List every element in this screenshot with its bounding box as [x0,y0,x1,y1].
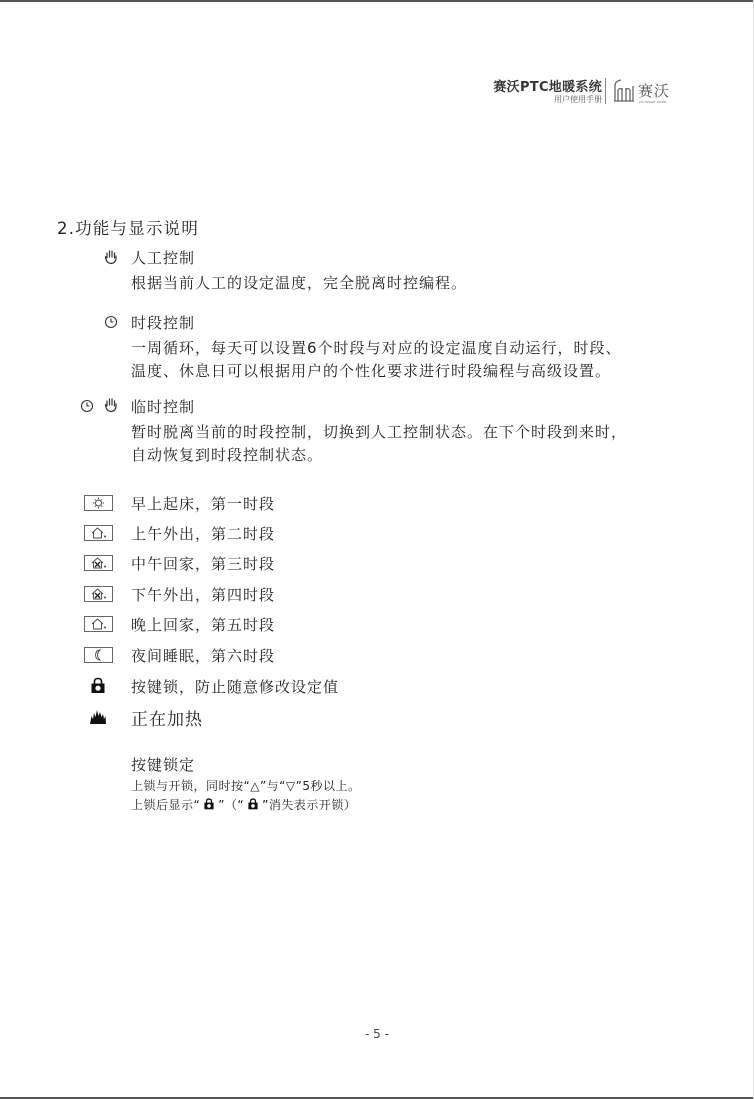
status-label: 按键锁，防止随意修改设定值 [131,676,339,697]
period-label: 下午外出，第四时段 [131,584,275,605]
manual-title: 赛沃PTC地暖系统 [493,76,602,95]
mode-schedule-line: 一周循环，每天可以设置6个时段与对应的设定温度自动运行，时段、 [131,337,622,360]
mode-temporary-line: 自动恢复到时段控制状态。 [131,444,627,467]
mode-temporary-title: 临时控制 [131,396,195,417]
period-row-1: 早上起床，第一时段 [84,493,484,515]
mode-schedule-title: 时段控制 [131,312,195,333]
status-row-heating: 正在加热 [84,706,484,728]
status-row-lock: 按键锁，防止随意修改设定值 [84,676,484,698]
key-lock-note-mid: ”（“ [218,798,244,812]
clock-icon [104,315,118,329]
header-divider [605,78,606,104]
page-header: 赛沃PTC地暖系统 用户使用手册 赛沃 PTC SMART WARM [480,76,690,110]
mode-manual-description: 根据当前人工的设定温度，完全脱离时控编程。 [131,272,467,295]
top-border [0,0,754,2]
period-label: 晚上回家，第五时段 [131,614,275,635]
house-meal-icon [84,586,113,602]
period-label: 早上起床，第一时段 [131,493,275,514]
clock-icon [80,399,94,413]
manual-subtitle: 用户使用手册 [554,94,602,105]
sun-icon [84,495,113,511]
house-leave-icon [84,616,113,632]
house-meal-icon [84,555,113,571]
key-lock-instruction: 上锁与开锁，同时按“△”与“▽”5秒以上。 [131,777,360,794]
key-lock-display-note: 上锁后显示“ ”（“ ”消失表示开锁） [131,796,356,813]
mode-manual-title: 人工控制 [131,247,195,268]
key-lock-note-prefix: 上锁后显示“ [131,798,200,812]
section-title: 2.功能与显示说明 [57,215,199,239]
key-lock-note-suffix: ”消失表示开锁） [262,798,356,812]
house-leave-icon [84,525,113,541]
period-label: 上午外出，第二时段 [131,523,275,544]
lock-icon [203,798,215,810]
logo-wordmark: 赛沃 [638,80,670,101]
logo-tagline: PTC SMART WARM [639,100,666,104]
period-row-6: 夜间睡眠，第六时段 [84,645,484,667]
status-label: 正在加热 [131,705,203,730]
period-row-3: 中午回家，第三时段 [84,553,484,575]
mode-temporary-line: 暂时脱离当前的时段控制，切换到人工控制状态。在下个时段到来时， [131,421,627,444]
period-label: 中午回家，第三时段 [131,553,275,574]
period-row-5: 晚上回家，第五时段 [84,614,484,636]
period-label: 夜间睡眠，第六时段 [131,645,275,666]
lock-icon [90,677,106,694]
moon-icon [84,647,113,663]
hand-icon [104,397,118,413]
page-number: - 5 - [0,1027,754,1041]
lock-icon [247,798,259,810]
logo-house-icon [613,78,635,102]
key-lock-title: 按键锁定 [131,754,195,775]
mode-schedule-line: 温度、休息日可以根据用户的个性化要求进行时段编程与高级设置。 [131,360,622,383]
period-row-4: 下午外出，第四时段 [84,584,484,606]
mode-temporary-description: 暂时脱离当前的时段控制，切换到人工控制状态。在下个时段到来时， 自动恢复到时段控… [131,421,627,467]
hand-icon [104,249,118,265]
period-row-2: 上午外出，第二时段 [84,523,484,545]
mode-schedule-description: 一周循环，每天可以设置6个时段与对应的设定温度自动运行，时段、 温度、休息日可以… [131,337,622,383]
flame-icon [89,707,107,725]
mode-manual-line: 根据当前人工的设定温度，完全脱离时控编程。 [131,272,467,295]
brand-logo: 赛沃 PTC SMART WARM [613,78,685,106]
